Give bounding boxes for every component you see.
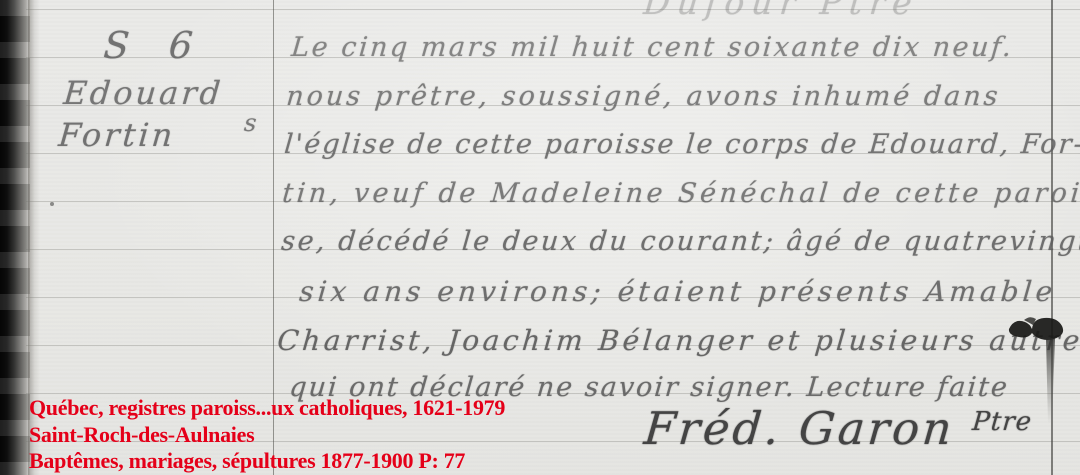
record-line: six ans environs; étaient présents Amabl… (298, 275, 1058, 308)
margin-flourish-mark: s (243, 109, 258, 137)
catalog-overlay: Québec, registres paroiss...ux catholiqu… (29, 395, 505, 475)
ink-speck (50, 202, 54, 206)
record-line: Charrist, Joachim Bélanger et plusieurs … (276, 324, 1080, 357)
margin-surname: Fortin (57, 116, 177, 154)
record-line: tin, veuf de Madeleine Sénéchal de cette… (281, 178, 1080, 209)
record-line: se, décédé le deux du courant; âgé de qu… (280, 226, 1080, 257)
margin-entry-code: S 6 (102, 24, 208, 67)
catalog-parish-name: Saint-Roch-des-Aulnaies (29, 422, 505, 449)
catalog-record-range: Baptêmes, mariages, sépultures 1877-1900… (29, 448, 505, 475)
ink-blot-mark (1002, 306, 1076, 438)
register-scan-page: Dufour Ptre S 6 Edouard Fortin s Le cinq… (0, 0, 1080, 475)
record-line: nous prêtre, soussigné, avons inhumé dan… (285, 81, 1002, 112)
ruled-line (26, 9, 1080, 10)
margin-given-name: Edouard (62, 74, 225, 112)
priest-signature: Fréd. Garon Ptre (642, 402, 1034, 455)
record-line: Le cinq mars mil huit cent soixante dix … (290, 32, 1015, 63)
book-binding (0, 0, 30, 475)
catalog-collection-title: Québec, registres paroiss...ux catholiqu… (29, 395, 505, 422)
record-line: l'église de cette paroisse le corps de E… (283, 129, 1080, 160)
priest-signature-name: Fréd. Garon (642, 402, 957, 455)
previous-record-signature-fragment: Dufour Ptre (642, 0, 921, 22)
